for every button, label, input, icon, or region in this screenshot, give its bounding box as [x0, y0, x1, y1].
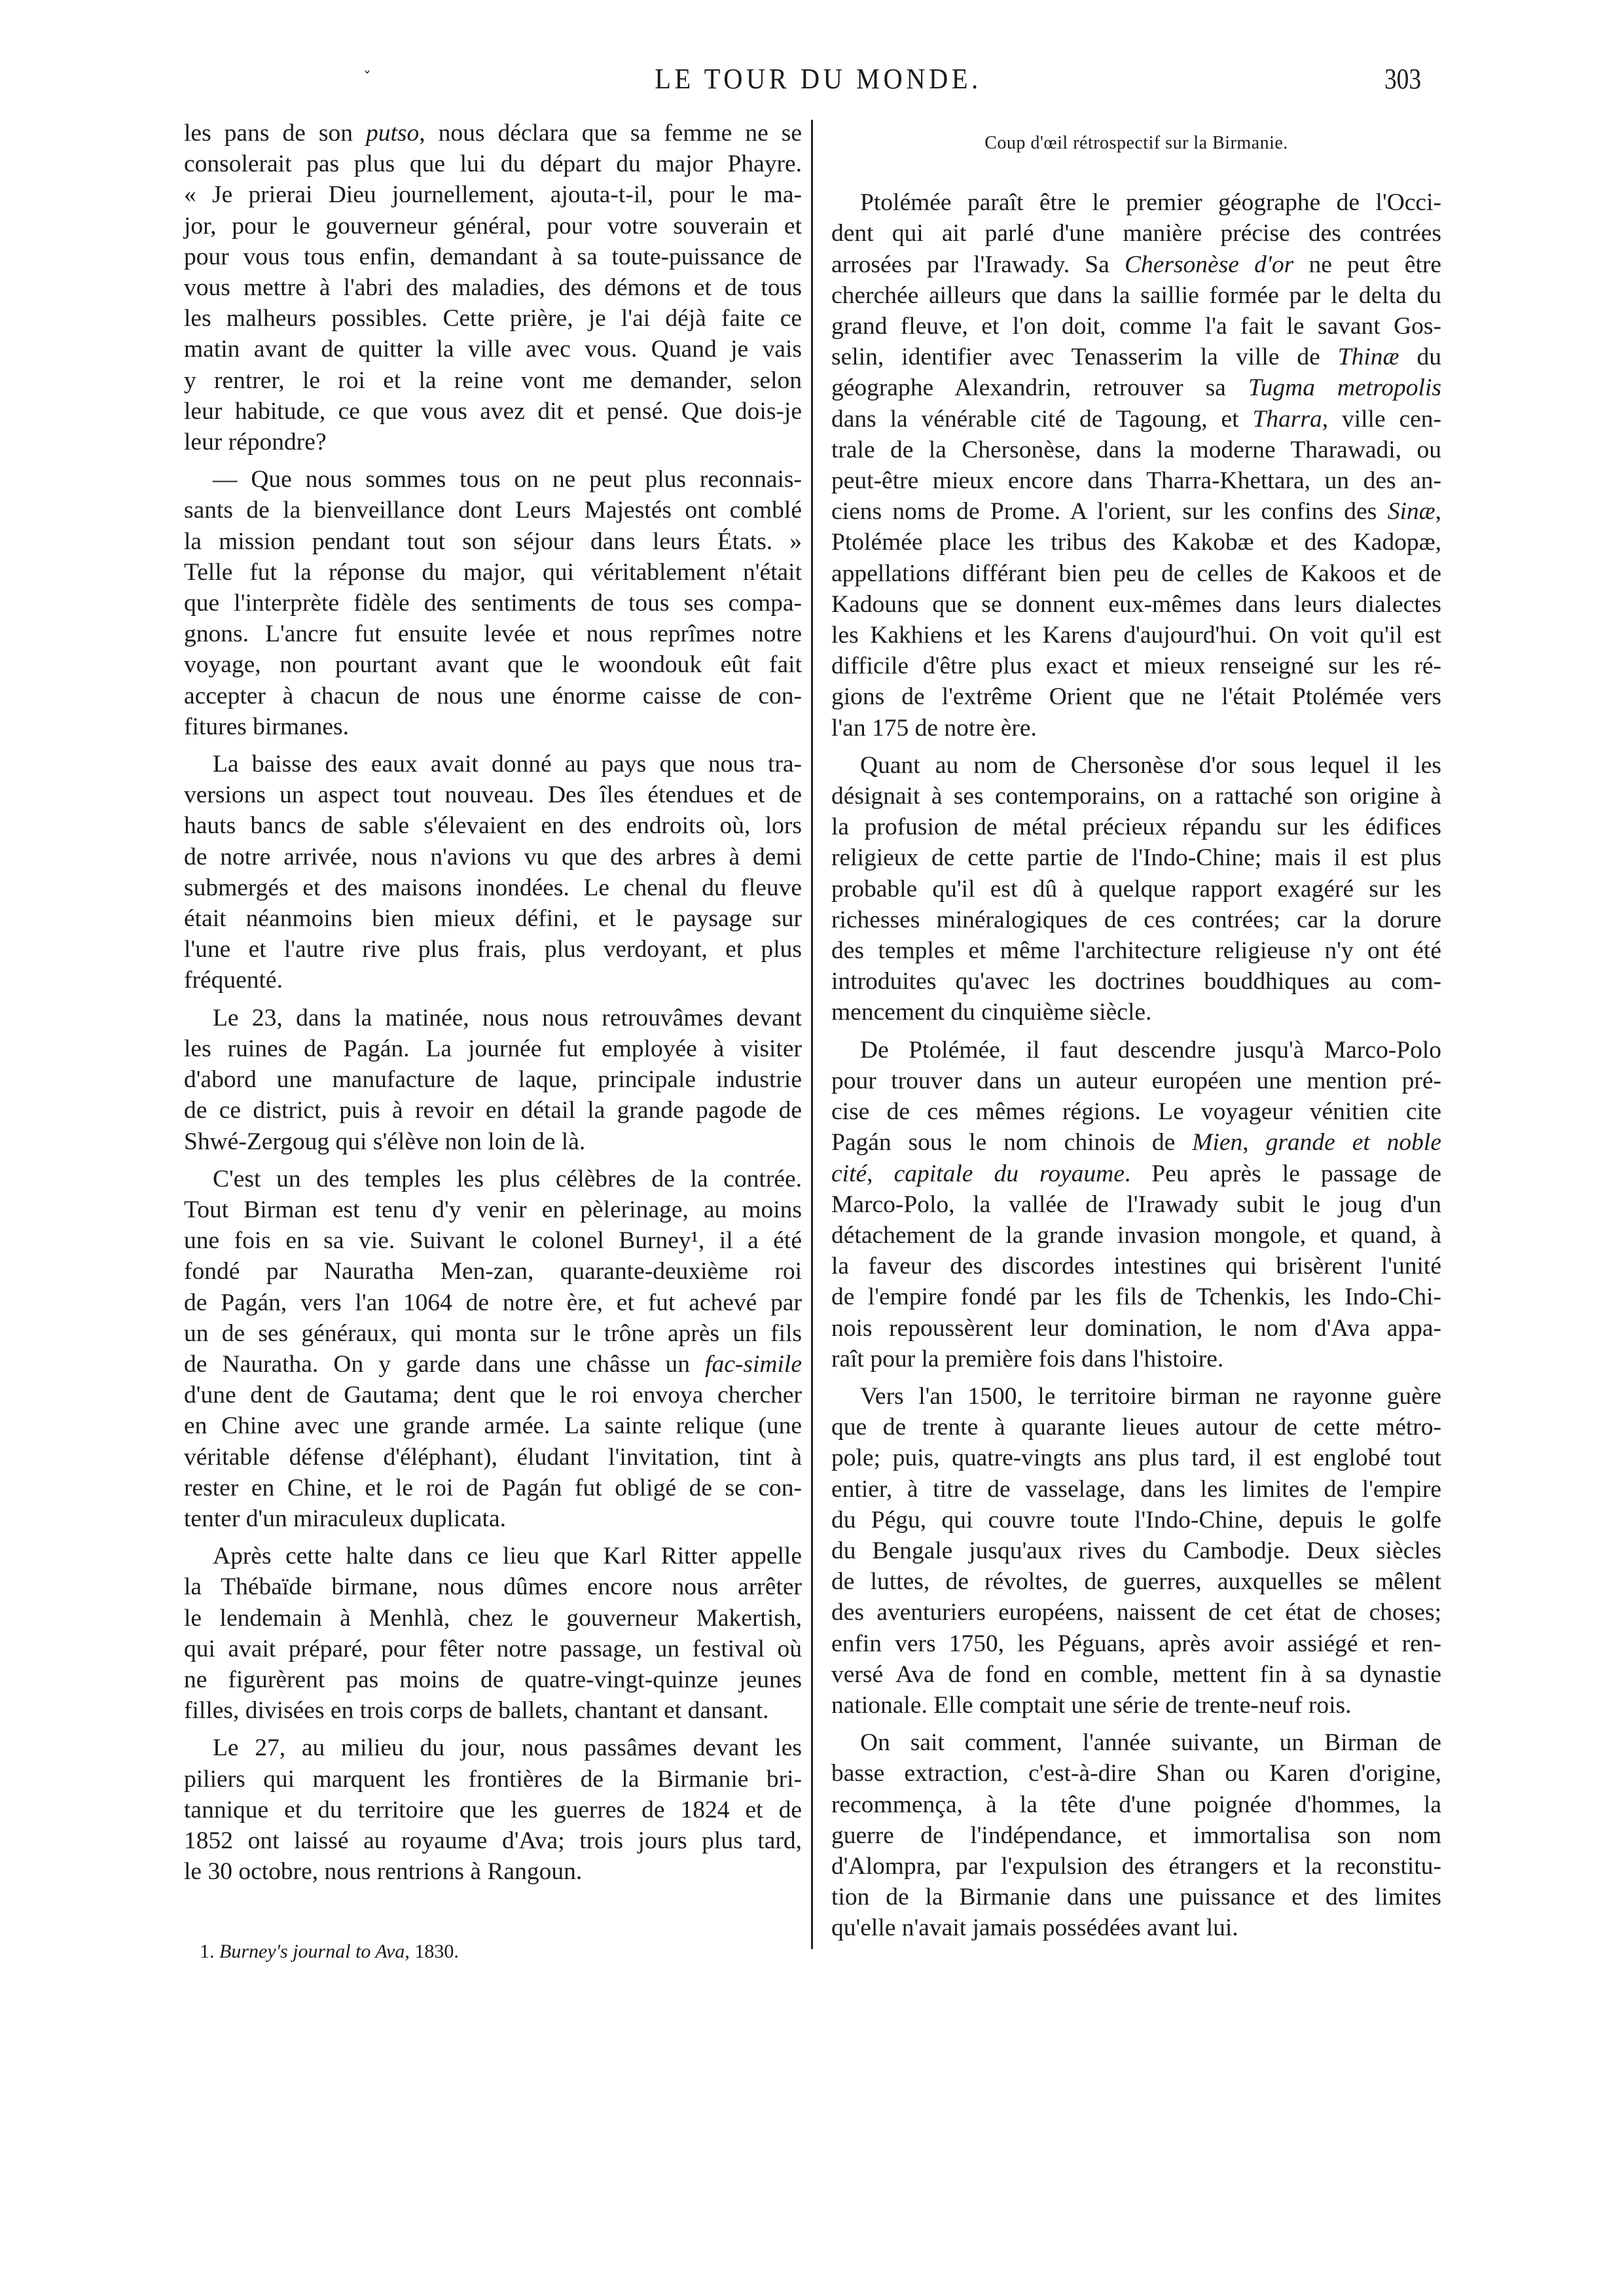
text-line: accepter à chacun de nous une énorme cai… [184, 681, 802, 711]
text-line: mencement du cinquième siècle. [831, 997, 1441, 1028]
text-line: consolerait pas plus que lui du départ d… [184, 149, 802, 179]
text-line: la Thébaïde birmane, nous dûmes encore n… [184, 1571, 802, 1602]
text-line: y rentrer, le roi et la reine vont me de… [184, 365, 802, 396]
text-line: l'une et l'autre rive plus frais, plus v… [184, 934, 802, 965]
text-line: Ptolémée place les tribus des Kakobæ et … [831, 527, 1441, 558]
text-line: guerre de l'indépendance, et immortalisa… [831, 1820, 1441, 1851]
paragraph: De Ptolémée, il faut descendre jusqu'à M… [831, 1035, 1441, 1374]
paragraph: Le 27, au milieu du jour, nous passâmes … [184, 1732, 802, 1887]
column-divider [811, 120, 813, 1949]
text-line: la mission pendant tout son séjour dans … [184, 526, 802, 557]
text-line: — Que nous sommes tous on ne peut plus r… [184, 464, 802, 495]
text-line: dans la vénérable cité de Tagoung, et Th… [831, 404, 1441, 435]
text-line: un de ses généraux, qui monta sur le trô… [184, 1318, 802, 1349]
text-line: entier, à titre de vasselage, dans les l… [831, 1474, 1441, 1505]
text-line: tion de la Birmanie dans une puissance e… [831, 1882, 1441, 1912]
paragraph: On sait comment, l'année suivante, un Bi… [831, 1727, 1441, 1943]
text-line: gnons. L'ancre fut ensuite levée et nous… [184, 619, 802, 649]
text-line: hauts bancs de sable s'élevaient en des … [184, 810, 802, 841]
text-line: jor, pour le gouverneur général, pour vo… [184, 211, 802, 242]
text-line: introduites qu'avec les doctrines bouddh… [831, 966, 1441, 997]
text-line: raît pour la première fois dans l'histoi… [831, 1344, 1441, 1374]
text-line: de Nauratha. On y garde dans une châsse … [184, 1349, 802, 1380]
text-line: leur répondre? [184, 427, 802, 457]
text-line: enfin vers 1750, les Péguans, après avoi… [831, 1628, 1441, 1659]
text-line: probable qu'il est dû à quelque rapport … [831, 874, 1441, 905]
text-line: recommença, à la tête d'une poignée d'ho… [831, 1789, 1441, 1820]
text-line: désignait à ses contemporains, on a ratt… [831, 781, 1441, 812]
text-line: le 30 octobre, nous rentrions à Rangoun. [184, 1856, 802, 1887]
text-line: arrosées par l'Irawady. Sa Chersonèse d'… [831, 249, 1441, 280]
journal-title: LE TOUR DU MONDE. [607, 62, 1029, 96]
text-line: qui avait préparé, pour fêter notre pass… [184, 1634, 802, 1664]
text-line: Shwé-Zergoug qui s'élève non loin de là. [184, 1126, 802, 1157]
text-line: de ce district, puis à revoir en détail … [184, 1095, 802, 1126]
paragraph: Ptolémée paraît être le premier géograph… [831, 187, 1441, 744]
text-line: Marco-Polo, la vallée de l'Irawady subit… [831, 1189, 1441, 1220]
text-line: que l'interprète fidèle des sentiments d… [184, 588, 802, 619]
text-line: cise de ces mêmes régions. Le voyageur v… [831, 1096, 1441, 1127]
text-line: du Pégu, qui couvre toute l'Indo-Chine, … [831, 1505, 1441, 1535]
text-line: rester en Chine, et le roi de Pagán fut … [184, 1473, 802, 1503]
text-line: fitures birmanes. [184, 711, 802, 742]
text-line: Quant au nom de Chersonèse d'or sous leq… [831, 750, 1441, 781]
paragraph: les pans de son putso, nous déclara que … [184, 118, 802, 457]
text-line: la faveur des discordes intestines qui b… [831, 1251, 1441, 1282]
text-line: pole; puis, quatre-vingts ans plus tard,… [831, 1443, 1441, 1473]
text-line: en Chine avec une grande armée. La saint… [184, 1410, 802, 1441]
text-line: les ruines de Pagán. La journée fut empl… [184, 1033, 802, 1064]
text-line: piliers qui marquent les frontières de l… [184, 1764, 802, 1795]
text-line: appellations différant bien peu de celle… [831, 558, 1441, 589]
text-line: Le 23, dans la matinée, nous nous retrou… [184, 1003, 802, 1033]
text-line: 1852 ont laissé au royaume d'Ava; trois … [184, 1825, 802, 1856]
text-line: nois repoussèrent leur domination, le no… [831, 1313, 1441, 1344]
text-line: matin avant de quitter la ville avec vou… [184, 334, 802, 365]
text-line: la profusion de métal précieux répandu s… [831, 812, 1441, 842]
footnote-year: , 1830. [405, 1941, 459, 1962]
paragraph: — Que nous sommes tous on ne peut plus r… [184, 464, 802, 742]
text-line: selin, identifier avec Tenasserim la vil… [831, 342, 1441, 372]
text-line: religieux de cette partie de l'Indo-Chin… [831, 842, 1441, 873]
text-line: les malheurs possibles. Cette prière, je… [184, 303, 802, 334]
text-line: Le 27, au milieu du jour, nous passâmes … [184, 1732, 802, 1763]
text-line: Ptolémée paraît être le premier géograph… [831, 187, 1441, 218]
text-line: qu'elle n'avait jamais possédées avant l… [831, 1912, 1441, 1943]
text-line: pour vous tous enfin, demandant à sa tou… [184, 242, 802, 272]
text-line: cherchée ailleurs que dans la saillie fo… [831, 280, 1441, 311]
paragraph: Le 23, dans la matinée, nous nous retrou… [184, 1003, 802, 1157]
text-line: versions un aspect tout nouveau. Des île… [184, 780, 802, 810]
text-line: cité, capitale du royaume. Peu après le … [831, 1158, 1441, 1189]
text-line: richesses minéralogiques de ces contrées… [831, 905, 1441, 935]
text-line: ne figurèrent pas moins de quatre-vingt-… [184, 1664, 802, 1695]
text-line: détachement de la grande invasion mongol… [831, 1220, 1441, 1251]
text-line: vous mettre à l'abri des maladies, des d… [184, 272, 802, 303]
text-line: On sait comment, l'année suivante, un Bi… [831, 1727, 1441, 1758]
text-line: basse extraction, c'est-à-dire Shan ou K… [831, 1758, 1441, 1789]
text-line: du Bengale jusqu'aux rives du Cambodje. … [831, 1535, 1441, 1566]
text-line: était néanmoins bien mieux défini, et le… [184, 903, 802, 934]
running-head: ˇ LE TOUR DU MONDE. 303 [0, 62, 1624, 101]
paragraph: La baisse des eaux avait donné au pays q… [184, 749, 802, 996]
text-line: nationale. Elle comptait une série de tr… [831, 1690, 1441, 1721]
text-line: que de trente à quarante lieues autour d… [831, 1412, 1441, 1443]
section-title: Coup d'œil rétrospectif sur la Birmanie. [831, 128, 1441, 158]
text-line: Pagán sous le nom chinois de Mien, grand… [831, 1127, 1441, 1158]
text-line: d'une dent de Gautama; dent que le roi e… [184, 1380, 802, 1410]
text-line: Kadouns que se donnent eux-mêmes dans le… [831, 589, 1441, 620]
text-line: Après cette halte dans ce lieu que Karl … [184, 1541, 802, 1571]
text-line: La baisse des eaux avait donné au pays q… [184, 749, 802, 780]
text-line: véritable défense d'éléphant), éludant l… [184, 1442, 802, 1473]
text-line: de l'empire fondé par les fils de Tchenk… [831, 1282, 1441, 1312]
text-line: leur habitude, ce que vous avez dit et p… [184, 396, 802, 427]
text-line: de notre arrivée, nous n'avions vu que d… [184, 842, 802, 872]
paragraph: Après cette halte dans ce lieu que Karl … [184, 1541, 802, 1726]
text-line: C'est un des temples les plus célèbres d… [184, 1164, 802, 1194]
footnote-title: Burney's journal to Ava [219, 1941, 405, 1962]
text-line: grand fleuve, et l'on doit, comme l'a fa… [831, 311, 1441, 342]
text-line: filles, divisées en trois corps de balle… [184, 1695, 802, 1726]
text-line: l'an 175 de notre ère. [831, 713, 1441, 744]
text-line: voyage, non pourtant avant que le woondo… [184, 649, 802, 680]
text-line: submergés et des maisons inondées. Le ch… [184, 872, 802, 903]
footnote: 1. Burney's journal to Ava, 1830. [200, 1941, 459, 1963]
text-line: les pans de son putso, nous déclara que … [184, 118, 802, 149]
text-line: tenter d'un miraculeux duplicata. [184, 1503, 802, 1534]
paragraph: Vers l'an 1500, le territoire birman ne … [831, 1381, 1441, 1721]
text-line: pour trouver dans un auteur européen une… [831, 1066, 1441, 1096]
printer-mark: ˇ [363, 69, 371, 87]
text-line: les Kakhiens et les Karens d'aujourd'hui… [831, 620, 1441, 651]
text-line: ciens noms de Prome. A l'orient, sur les… [831, 496, 1441, 527]
text-line: Telle fut la réponse du major, qui vérit… [184, 557, 802, 588]
text-line: versé Ava de fond en comble, mettent fin… [831, 1659, 1441, 1690]
text-line: d'abord une manufacture de laque, princi… [184, 1064, 802, 1095]
text-line: des aventuriers européens, naissent de c… [831, 1597, 1441, 1628]
text-line: peut-être mieux encore dans Tharra-Khett… [831, 465, 1441, 496]
text-line: géographe Alexandrin, retrouver sa Tugma… [831, 372, 1441, 403]
paragraph: Quant au nom de Chersonèse d'or sous leq… [831, 750, 1441, 1028]
left-column: les pans de son putso, nous déclara que … [184, 118, 802, 1893]
text-line: dent qui ait parlé d'une manière précise… [831, 218, 1441, 249]
text-line: sants de la bienveillance dont Leurs Maj… [184, 495, 802, 526]
text-line: gions de l'extrême Orient que ne l'était… [831, 681, 1441, 712]
text-line: d'Alompra, par l'expulsion des étrangers… [831, 1851, 1441, 1882]
text-line: « Je prierai Dieu journellement, ajouta-… [184, 179, 802, 210]
text-line: difficile d'être plus exact et mieux ren… [831, 651, 1441, 681]
text-line: tannique et du territoire que les guerre… [184, 1795, 802, 1825]
text-line: fondé par Nauratha Men-zan, quarante-deu… [184, 1256, 802, 1287]
paragraph: C'est un des temples les plus célèbres d… [184, 1164, 802, 1534]
text-line: le lendemain à Menhlà, chez le gouverneu… [184, 1603, 802, 1634]
text-line: de Pagán, vers l'an 1064 de notre ère, e… [184, 1287, 802, 1318]
right-column: Coup d'œil rétrospectif sur la Birmanie.… [831, 128, 1441, 1950]
text-line: une fois en sa vie. Suivant le colonel B… [184, 1225, 802, 1256]
text-line: fréquenté. [184, 965, 802, 996]
text-line: Tout Birman est tenu d'y venir en pèleri… [184, 1194, 802, 1225]
text-line: de luttes, de révoltes, de guerres, auxq… [831, 1566, 1441, 1597]
text-line: trale de la Chersonèse, dans la moderne … [831, 435, 1441, 465]
text-line: des temples et même l'architecture relig… [831, 935, 1441, 966]
text-line: De Ptolémée, il faut descendre jusqu'à M… [831, 1035, 1441, 1066]
page-number: 303 [1384, 62, 1421, 96]
text-line: Vers l'an 1500, le territoire birman ne … [831, 1381, 1441, 1412]
footnote-number: 1. [200, 1941, 215, 1962]
